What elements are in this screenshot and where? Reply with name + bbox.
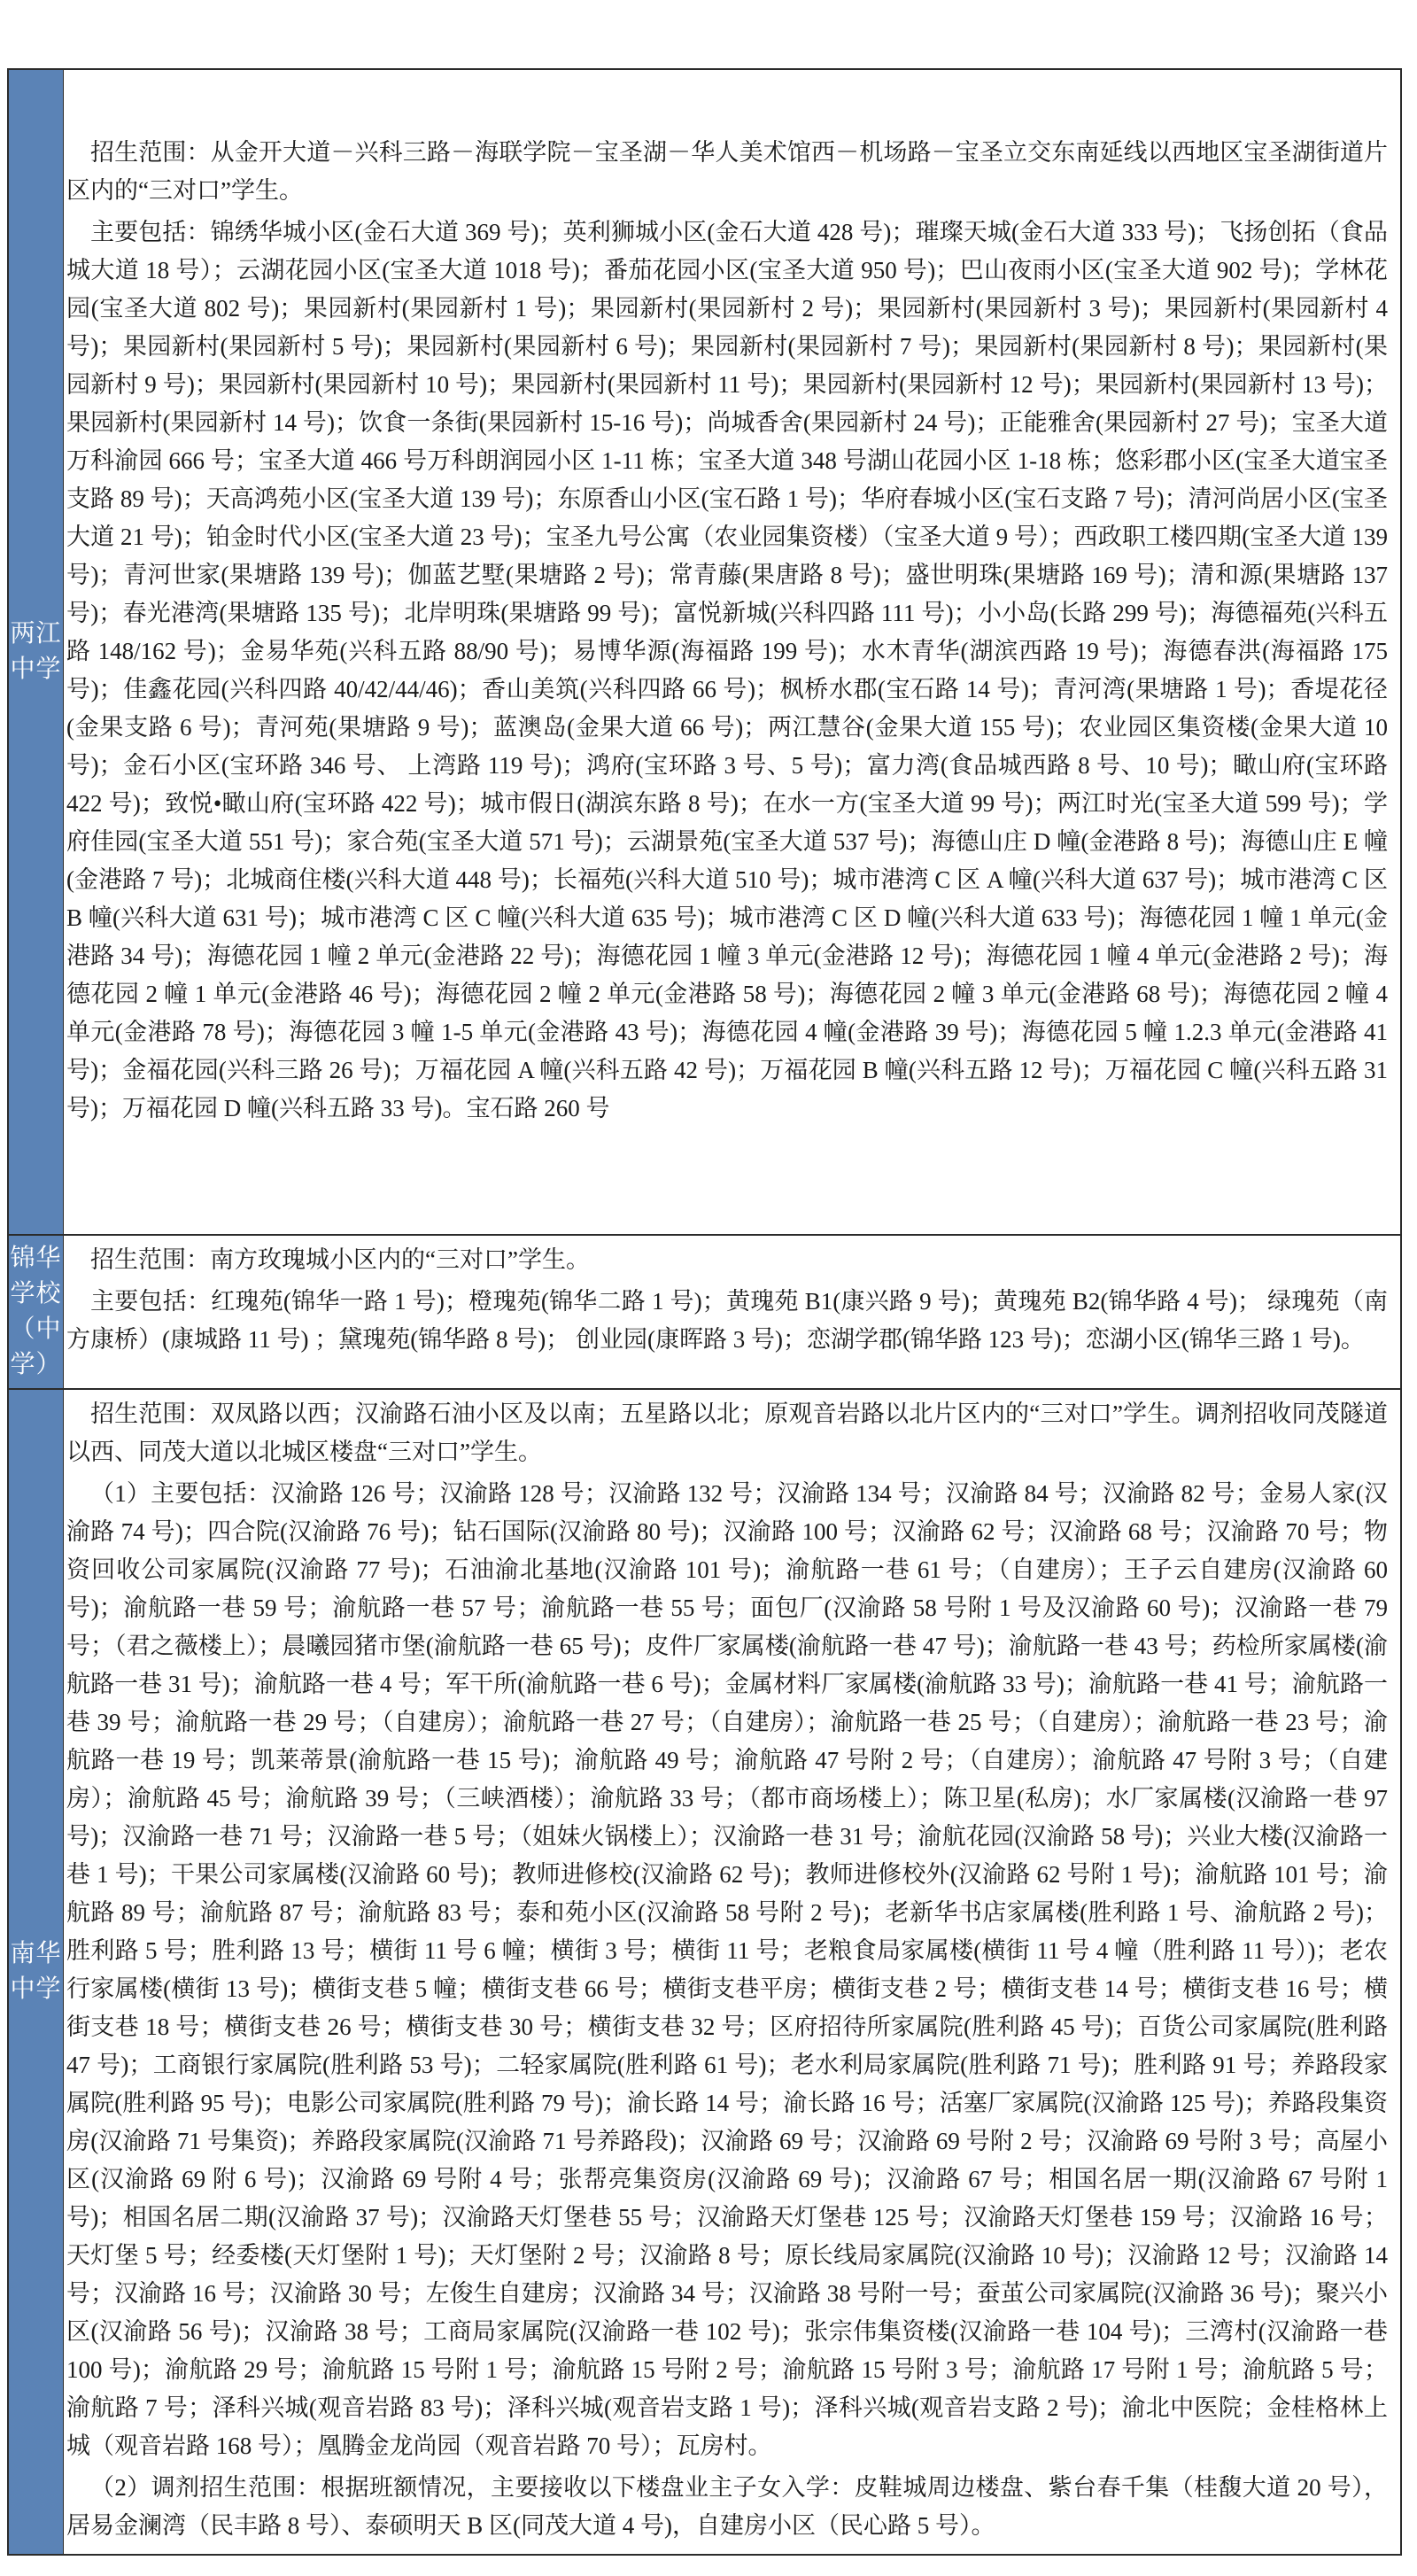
school-name-cell: 锦华 学校 （中 学）: [9, 1236, 64, 1388]
enrollment-content-cell: 招生范围：从金开大道－兴科三路－海联学院－宝圣湖－华人美术馆西－机场路－宝圣立交…: [64, 70, 1400, 1234]
document-page: 两江 中学 招生范围：从金开大道－兴科三路－海联学院－宝圣湖－华人美术馆西－机场…: [0, 0, 1417, 2576]
enrollment-scope-paragraph: 招生范围：双凤路以西；汉渝路石油小区及以南；五星路以北；原观音岩路以北片区内的“…: [66, 1395, 1388, 1471]
included-addresses-paragraph: 主要包括：红瑰苑(锦华一路 1 号)；橙瑰苑(锦华二路 1 号)；黄瑰苑 B1(…: [66, 1283, 1388, 1359]
enrollment-zone-table: 两江 中学 招生范围：从金开大道－兴科三路－海联学院－宝圣湖－华人美术馆西－机场…: [7, 68, 1402, 2556]
included-addresses-paragraph: 主要包括：锦绣华城小区(金石大道 369 号)；英利狮城小区(金石大道 428 …: [66, 213, 1388, 1128]
enrollment-scope-paragraph: 招生范围：南方玫瑰城小区内的“三对口”学生。: [66, 1241, 1388, 1279]
table-row-liangjiang-middle-school: 两江 中学 招生范围：从金开大道－兴科三路－海联学院－宝圣湖－华人美术馆西－机场…: [9, 70, 1400, 1234]
included-addresses-paragraph: （1）主要包括：汉渝路 126 号；汉渝路 128 号；汉渝路 132 号；汉渝…: [66, 1475, 1388, 2465]
school-name-label: 两江 中学: [10, 617, 61, 687]
enrollment-content-cell: 招生范围：双凤路以西；汉渝路石油小区及以南；五星路以北；原观音岩路以北片区内的“…: [64, 1390, 1400, 2554]
table-row-nanhua-middle-school: 南华 中学 招生范围：双凤路以西；汉渝路石油小区及以南；五星路以北；原观音岩路以…: [9, 1388, 1400, 2554]
school-name-cell: 南华 中学: [9, 1390, 64, 2554]
adjusted-enrollment-paragraph: （2）调剂招生范围：根据班额情况，主要接收以下楼盘业主子女入学：皮鞋城周边楼盘、…: [66, 2469, 1388, 2545]
table-row-jinhua-school: 锦华 学校 （中 学） 招生范围：南方玫瑰城小区内的“三对口”学生。 主要包括：…: [9, 1234, 1400, 1388]
school-name-label: 锦华 学校 （中 学）: [10, 1241, 61, 1382]
school-name-label: 南华 中学: [10, 1936, 61, 2007]
enrollment-scope-paragraph: 招生范围：从金开大道－兴科三路－海联学院－宝圣湖－华人美术馆西－机场路－宝圣立交…: [66, 134, 1388, 210]
enrollment-content-cell: 招生范围：南方玫瑰城小区内的“三对口”学生。 主要包括：红瑰苑(锦华一路 1 号…: [64, 1236, 1400, 1388]
school-name-cell: 两江 中学: [9, 70, 64, 1234]
